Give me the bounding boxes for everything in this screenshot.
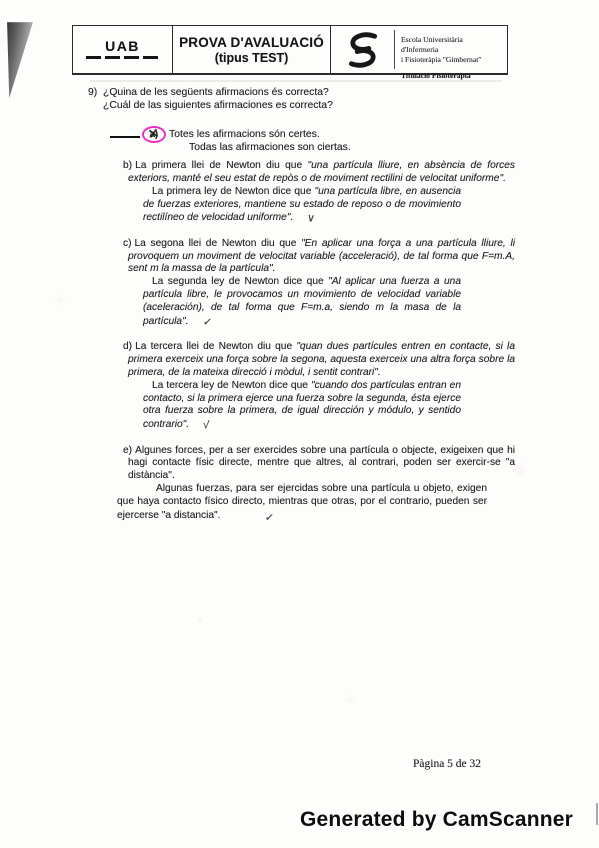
option-a-text-spanish: Todas las afirmaciones son ciertas. [189, 141, 351, 154]
scan-fold-shadow [6, 22, 33, 98]
answer-option-a: a) ✕ Totes les afirmacions són certes. T… [110, 128, 351, 154]
gimbernat-logo-icon [338, 31, 388, 69]
option-d-spanish: La tercera ley de Newton dice que "cuand… [143, 380, 461, 432]
school-name-block: Escola Universitària d'Infermeria i Fisi… [394, 30, 503, 69]
scanned-exam-page: UAB PROVA D'AVALUACIÓ (tipus TEST) Escol… [0, 0, 599, 848]
question-text-catalan: ¿Quina de les següents afirmacions és co… [103, 87, 333, 100]
option-b-letter: b) [123, 160, 132, 171]
uab-logo: UAB [73, 26, 173, 73]
option-d: d)La tercera llei de Newton diu que "qua… [123, 341, 515, 432]
option-b: b)La primera llei de Newton diu que "una… [123, 160, 515, 225]
option-e: e)Algunes forces, per a ser exercides so… [123, 445, 515, 523]
options-list: b)La primera llei de Newton diu que "una… [123, 160, 515, 535]
option-a-text-catalan: Totes les afirmacions són certes. [169, 128, 351, 141]
school-name-line1: Escola Universitària d'Infermeria [401, 35, 501, 55]
document-title-cell: PROVA D'AVALUACIÓ (tipus TEST) [173, 26, 331, 73]
document-header: UAB PROVA D'AVALUACIÓ (tipus TEST) Escol… [72, 25, 508, 75]
scribble-x-mark: ✕ [147, 126, 160, 140]
option-a-text-block: Totes les afirmacions són certes. Todas … [169, 128, 351, 154]
question-number: 9) [88, 87, 103, 113]
handwritten-checkmark: ✓ [225, 507, 274, 525]
question-text-spanish: ¿Cuál de las siguientes afirmaciones es … [103, 100, 333, 113]
option-b-catalan: b)La primera llei de Newton diu que "una… [123, 160, 515, 186]
camscanner-watermark: Generated by CamScanner [300, 808, 573, 832]
school-cell: Escola Universitària d'Infermeria i Fisi… [331, 26, 507, 73]
option-c-catalan: c)La segona llei de Newton diu que "En a… [123, 238, 515, 277]
question-text-block: ¿Quina de les següents afirmacions és co… [103, 87, 333, 113]
question-9: 9) ¿Quina de les següents afirmacions és… [88, 87, 333, 113]
option-e-letter: e) [123, 445, 132, 456]
document-subtitle: (tipus TEST) [173, 51, 330, 65]
option-d-catalan: d)La tercera llei de Newton diu que "qua… [123, 341, 515, 380]
scan-shadow-line [90, 80, 502, 82]
option-b-spanish: La primera ley de Newton dice que "una p… [143, 186, 461, 226]
uab-logo-underline [86, 56, 160, 59]
scan-edge-artifact [596, 803, 598, 825]
option-c-spanish: La segunda ley de Newton dice que "Al ap… [143, 276, 461, 328]
school-name-line2: i Fisioteràpia "Gimbernat" [401, 55, 501, 65]
handwritten-checkmark: ✓ [193, 315, 212, 330]
handwritten-checkmark: ∨ [298, 212, 316, 227]
option-c: c)La segona llei de Newton diu que "En a… [123, 238, 515, 329]
uab-logo-text: UAB [73, 38, 172, 54]
document-title: PROVA D'AVALUACIÓ [173, 35, 330, 50]
option-c-letter: c) [123, 238, 132, 249]
option-d-letter: d) [123, 341, 132, 352]
option-e-spanish: Algunas fuerzas, para ser ejercidas sobr… [117, 483, 487, 523]
answer-highlight-circle: a) ✕ [142, 126, 166, 143]
answer-blank-line [110, 136, 140, 138]
handwritten-checkmark: √ [193, 418, 209, 432]
option-e-catalan: e)Algunes forces, per a ser exercides so… [123, 445, 515, 484]
page-number: Pàgina 5 de 32 [413, 758, 481, 770]
